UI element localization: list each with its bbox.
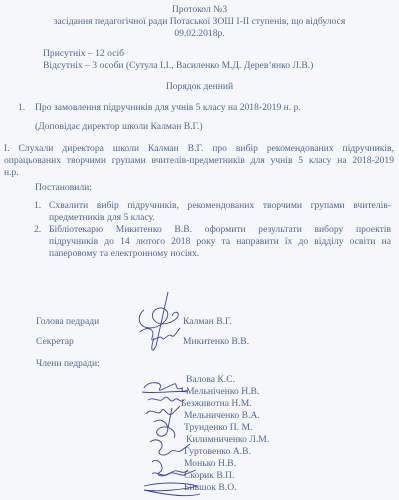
absent-list: Відсутніх – 3 особи (Сутула І.І., Василе… <box>43 60 313 71</box>
chair-label: Голова педради <box>36 316 99 327</box>
members-label: Члени педради: <box>36 358 100 369</box>
heard-line-3: н.р. <box>4 167 19 178</box>
agenda-heading: Порядок денний <box>0 81 399 92</box>
resolution-2-line-3: паперовому та електронному носіях. <box>49 248 199 259</box>
secretary-name: Микитенко В.В. <box>183 336 249 347</box>
secretary-label: Секретар <box>36 336 74 347</box>
protocol-subtitle: засідання педагогічної ради Потаської ЗО… <box>0 16 399 27</box>
heard-line-1: І. Слухали директора школи Калман В.Г. п… <box>4 143 394 154</box>
agenda-item-number: 1. <box>18 102 25 113</box>
protocol-document: Протокол №3 засідання педагогічної ради … <box>0 0 399 500</box>
protocol-date: 09.02.2018р. <box>0 28 399 39</box>
resolution-2-line-2: підручників до 14 лютого 2018 року та на… <box>49 236 391 247</box>
resolved-heading: Постановили: <box>35 182 92 193</box>
agenda-item-text: Про замовлення підручників для учнів 5 к… <box>35 102 301 113</box>
chair-name: Калман В.Г. <box>183 316 232 327</box>
present-count: Присутніх – 12 осіб <box>43 48 124 59</box>
resolution-2-line-1: Бібліотекарю Микитенко В.В. оформити рез… <box>49 224 391 235</box>
protocol-title: Протокол №3 <box>0 4 399 15</box>
heard-line-2: опрацьованих творчими групами вчителів-п… <box>4 155 394 166</box>
resolution-2-number: 2. <box>34 224 41 235</box>
resolution-1-line-2: предметників для 5 класу. <box>49 212 155 223</box>
members-signatures-icon <box>138 378 208 500</box>
chair-secretary-signature-icon <box>132 288 188 358</box>
agenda-item-note: (Доповідає директор школи Калман В.Г.) <box>35 121 203 132</box>
resolution-1-number: 1. <box>34 200 41 211</box>
resolution-1-line-1: Схвалити вибір підручників, рекомендован… <box>49 200 391 211</box>
